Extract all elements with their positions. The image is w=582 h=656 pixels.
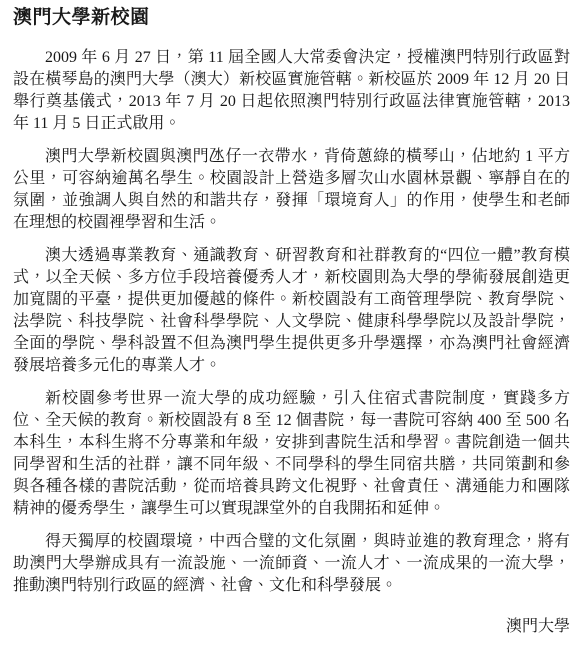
page-title: 澳門大學新校園 (13, 6, 570, 30)
paragraph-4: 新校園參考世界一流大學的成功經驗，引入住宿式書院制度，實踐多方位、全天候的教育。… (13, 388, 570, 520)
paragraph-5: 得天獨厚的校園環境，中西合璧的文化氛圍，與時並進的教育理念，將有助澳門大學辦成具… (13, 531, 570, 597)
signature: 澳門大學 (13, 616, 570, 638)
paragraph-1: 2009 年 6 月 27 日，第 11 屆全國人大常委會決定，授權澳門特別行政… (13, 47, 570, 135)
paragraph-3: 澳大透過專業教育、通識教育、研習教育和社群教育的“四位一體”教育模式，以全天候、… (13, 245, 570, 377)
document-page: 澳門大學新校園 2009 年 6 月 27 日，第 11 屆全國人大常委會決定，… (0, 0, 582, 656)
paragraph-2: 澳門大學新校園與澳門氹仔一衣帶水，背倚蔥綠的橫琴山，佔地約 1 平方公里，可容納… (13, 146, 570, 234)
